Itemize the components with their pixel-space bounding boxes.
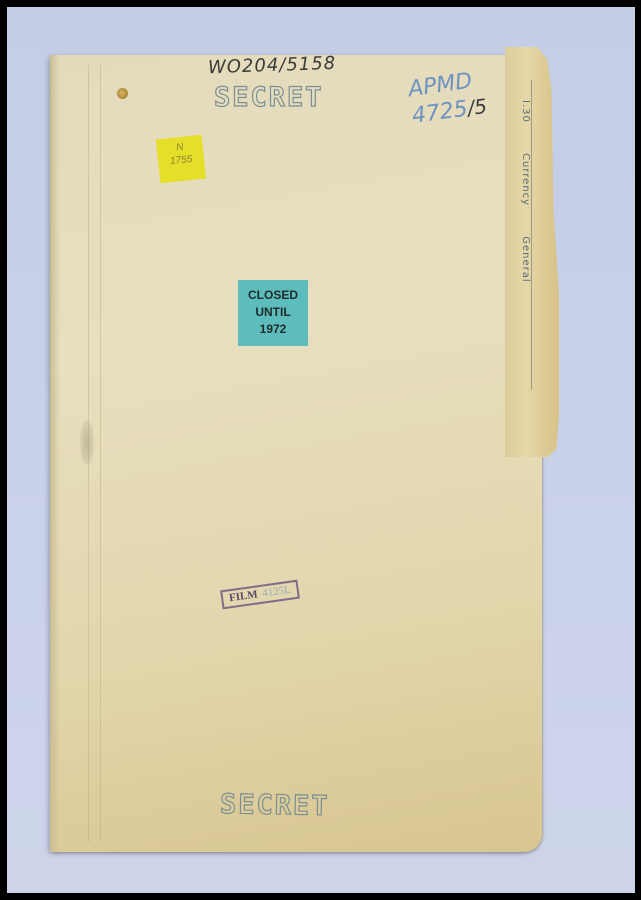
file-folder (50, 55, 542, 852)
film-stamp-number: 4125L (262, 584, 292, 600)
punch-hole-icon (117, 88, 128, 99)
closed-label-line1: CLOSED (238, 287, 308, 304)
tab-label: I.30 Currency General (520, 100, 531, 340)
stain-mark (80, 420, 94, 465)
closed-label-line2: UNTIL (238, 304, 308, 321)
reference-number: WO204/5158 (208, 53, 337, 78)
film-stamp-label: FILM (228, 588, 258, 604)
secret-stamp-bottom: SECRET (220, 789, 330, 822)
tab-rule-line (531, 80, 532, 390)
folder-tab (505, 47, 559, 457)
closed-label-year: 1972 (238, 321, 308, 338)
yellow-sticker: N 1755 (156, 135, 206, 184)
archive-mark: APMD 4725/5 (407, 67, 489, 130)
fold-line (100, 65, 101, 842)
archive-mark-suffix: /5 (466, 94, 489, 120)
secret-stamp-top: SECRET (214, 82, 324, 113)
closed-until-label: CLOSED UNTIL 1972 (238, 280, 308, 346)
